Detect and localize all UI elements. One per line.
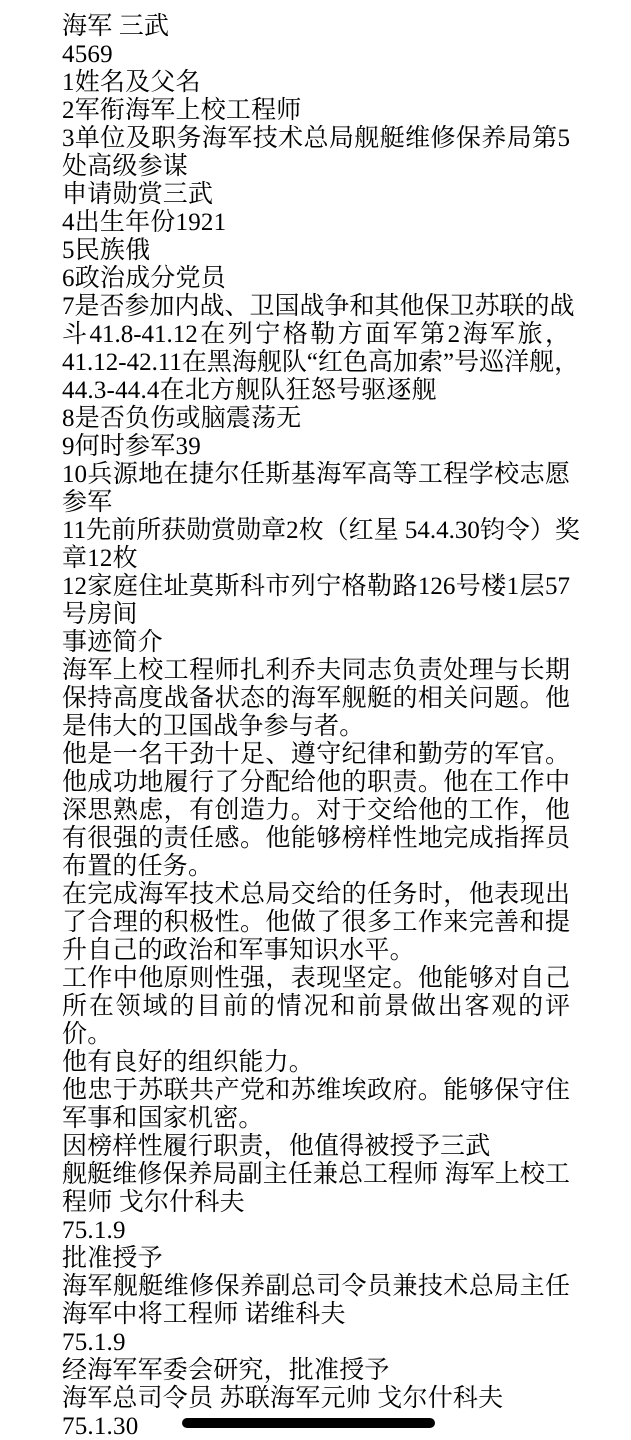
text-line: 11先前所获勋赏勋章2枚（红星 54.4.30钧令）奖 bbox=[62, 517, 570, 545]
text-line: 事迹简介 bbox=[62, 629, 570, 657]
text-line: 海军总司令员 苏联海军元帅 戈尔什科夫 bbox=[62, 1385, 570, 1413]
text-line: 海军中将工程师 诺维科夫 bbox=[62, 1301, 570, 1329]
text-line: 4出生年份1921 bbox=[62, 209, 570, 237]
text-line: 参军 bbox=[62, 489, 570, 517]
text-line: 10兵源地在捷尔任斯基海军高等工程学校志愿 bbox=[62, 461, 570, 489]
text-line: 7是否参加内战、卫国战争和其他保卫苏联的战 bbox=[62, 293, 570, 321]
text-line: 处高级参谋 bbox=[62, 153, 570, 181]
text-line: 1姓名及父名 bbox=[62, 69, 570, 97]
text-line: 3单位及职务海军技术总局舰艇维修保养局第5 bbox=[62, 125, 570, 153]
text-line: 经海军军委会研究，批准授予 bbox=[62, 1357, 570, 1385]
text-line: 工作中他原则性强，表现坚定。他能够对自己 bbox=[62, 965, 570, 993]
document-text-block: 海军 三武45691姓名及父名2军衔海军上校工程师3单位及职务海军技术总局舰艇维… bbox=[62, 13, 570, 1440]
text-line: 4569 bbox=[62, 41, 570, 69]
text-line: 批准授予 bbox=[62, 1245, 570, 1273]
text-line: 舰艇维修保养局副主任兼总工程师 海军上校工 bbox=[62, 1161, 570, 1189]
text-line: 他成功地履行了分配给他的职责。他在工作中 bbox=[62, 769, 570, 797]
text-line: 2军衔海军上校工程师 bbox=[62, 97, 570, 125]
text-line: 海军上校工程师扎利乔夫同志负责处理与长期 bbox=[62, 657, 570, 685]
text-line: 升自己的政治和军事知识水平。 bbox=[62, 937, 570, 965]
text-line: 号房间 bbox=[62, 601, 570, 629]
text-line: 5民族俄 bbox=[62, 237, 570, 265]
text-line: 他忠于苏联共产党和苏维埃政府。能够保守住 bbox=[62, 1077, 570, 1105]
text-line: 布置的任务。 bbox=[62, 853, 570, 881]
text-line: 价。 bbox=[62, 1021, 570, 1049]
text-line: 海军舰艇维修保养副总司令员兼技术总局主任 bbox=[62, 1273, 570, 1301]
text-line: 程师 戈尔什科夫 bbox=[62, 1189, 570, 1217]
text-line: 保持高度战备状态的海军舰艇的相关问题。他 bbox=[62, 685, 570, 713]
text-line: 9何时参军39 bbox=[62, 433, 570, 461]
text-line: 军事和国家机密。 bbox=[62, 1105, 570, 1133]
document-page: 海军 三武45691姓名及父名2军衔海军上校工程师3单位及职务海军技术总局舰艇维… bbox=[0, 0, 631, 1440]
text-line: 章12枚 bbox=[62, 545, 570, 573]
text-line: 44.3-44.4在北方舰队狂怒号驱逐舰 bbox=[62, 377, 570, 405]
text-line: 在完成海军技术总局交给的任务时，他表现出 bbox=[62, 881, 570, 909]
text-line: 深思熟虑，有创造力。对于交给他的工作，他 bbox=[62, 797, 570, 825]
text-line: 所在领域的目前的情况和前景做出客观的评 bbox=[62, 993, 570, 1021]
text-line: 申请勋赏三武 bbox=[62, 181, 570, 209]
text-line: 因榜样性履行职责，他值得被授予三武 bbox=[62, 1133, 570, 1161]
text-line: 了合理的积极性。他做了很多工作来完善和提 bbox=[62, 909, 570, 937]
text-line: 他有良好的组织能力。 bbox=[62, 1049, 570, 1077]
text-line: 是伟大的卫国战争参与者。 bbox=[62, 713, 570, 741]
text-line: 海军 三武 bbox=[62, 13, 570, 41]
text-line: 有很强的责任感。他能够榜样性地完成指挥员 bbox=[62, 825, 570, 853]
text-line: 75.1.9 bbox=[62, 1329, 570, 1357]
text-line: 75.1.9 bbox=[62, 1217, 570, 1245]
signature-redaction-bar bbox=[182, 1418, 435, 1428]
text-line: 12家庭住址莫斯科市列宁格勒路126号楼1层57 bbox=[62, 573, 570, 601]
text-line: 8是否负伤或脑震荡无 bbox=[62, 405, 570, 433]
text-line: 6政治成分党员 bbox=[62, 265, 570, 293]
text-line: 41.12-42.11在黑海舰队“红色高加索”号巡洋舰， bbox=[62, 349, 570, 377]
text-line: 他是一名干劲十足、遵守纪律和勤劳的军官。 bbox=[62, 741, 570, 769]
text-line: 斗41.8-41.12在列宁格勒方面军第2海军旅， bbox=[62, 321, 570, 349]
